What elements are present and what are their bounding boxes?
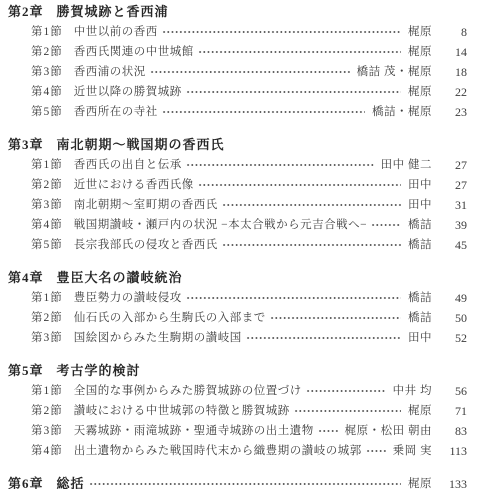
dot-leader bbox=[88, 474, 401, 489]
dot-leader bbox=[269, 308, 401, 328]
author-name: 梶原 bbox=[408, 474, 432, 489]
toc-entry: 第4節 出土遺物からみた戦国時代末から織豊期の讃岐の城郭 乗岡 実 113 bbox=[8, 441, 467, 461]
author-name: 梶原 bbox=[408, 82, 432, 102]
author-name: 田中 bbox=[408, 175, 432, 195]
toc-entry: 第2節 近世における香西氏像 田中 27 bbox=[8, 175, 467, 195]
page-number: 23 bbox=[445, 102, 467, 122]
author-name: 橋詰 bbox=[408, 235, 432, 255]
section-title: 香西所在の寺社 bbox=[74, 102, 158, 122]
page-number: 83 bbox=[445, 421, 467, 441]
section-label: 第2節 bbox=[31, 42, 63, 62]
toc-entry: 第3節 国絵図からみた生駒期の讃岐国 田中 52 bbox=[8, 328, 467, 348]
dot-leader bbox=[197, 42, 401, 62]
page-number: 27 bbox=[445, 175, 467, 195]
section-label: 第3節 bbox=[31, 328, 63, 348]
chapter-title: 考古学的検討 bbox=[57, 361, 141, 381]
chapter-block-6: 第6章 総括 梶原 133 bbox=[8, 474, 467, 489]
page-number: 50 bbox=[445, 308, 467, 328]
page-number: 71 bbox=[445, 401, 467, 421]
chapter-label: 第3章 bbox=[8, 135, 44, 155]
dot-leader bbox=[221, 195, 401, 215]
page-number: 8 bbox=[445, 22, 467, 42]
section-label: 第5節 bbox=[31, 102, 63, 122]
section-label: 第4節 bbox=[31, 215, 63, 235]
chapter-title: 豊臣大名の讃岐統治 bbox=[57, 268, 183, 288]
author-name: 梶原 bbox=[408, 42, 432, 62]
section-title: 讃岐における中世城郭の特徴と勝賀城跡 bbox=[74, 401, 290, 421]
dot-leader bbox=[185, 288, 401, 308]
page-number: 52 bbox=[445, 328, 467, 348]
section-title: 戦国期讃岐・瀬戸内の状況 −本太合戦から元吉合戦へ− bbox=[74, 215, 367, 235]
dot-leader bbox=[305, 381, 386, 401]
section-label: 第1節 bbox=[31, 22, 63, 42]
page-number: 22 bbox=[445, 82, 467, 102]
chapter-heading: 第6章 総括 梶原 133 bbox=[8, 474, 467, 489]
toc-entry: 第3節 天霧城跡・雨滝城跡・聖通寺城跡の出土遺物 梶原・松田 朝由 83 bbox=[8, 421, 467, 441]
author-name: 橋詰 bbox=[408, 215, 432, 235]
section-label: 第5節 bbox=[31, 235, 63, 255]
section-label: 第1節 bbox=[31, 288, 63, 308]
dot-leader bbox=[293, 401, 401, 421]
chapter-heading: 第5章 考古学的検討 bbox=[8, 361, 467, 381]
chapter-title: 勝賀城跡と香西浦 bbox=[57, 2, 169, 22]
dot-leader bbox=[161, 102, 365, 122]
chapter-title: 総括 bbox=[57, 474, 85, 489]
author-name: 田中 bbox=[408, 195, 432, 215]
chapter-block-4: 第4章 豊臣大名の讃岐統治 第1節 豊臣勢力の讃岐侵攻 橋詰 49 第2節 仙石… bbox=[8, 268, 467, 348]
section-title: 香西氏関連の中世城館 bbox=[74, 42, 194, 62]
author-name: 梶原 bbox=[408, 401, 432, 421]
chapter-heading: 第3章 南北朝期〜戦国期の香西氏 bbox=[8, 135, 467, 155]
page-number: 133 bbox=[445, 474, 467, 489]
section-label: 第2節 bbox=[31, 175, 63, 195]
section-title: 天霧城跡・雨滝城跡・聖通寺城跡の出土遺物 bbox=[74, 421, 314, 441]
author-name: 橋詰・梶原 bbox=[372, 102, 432, 122]
section-title: 仙石氏の入部から生駒氏の入部まで bbox=[74, 308, 266, 328]
toc-page: 第2章 勝賀城跡と香西浦 第1節 中世以前の香西 梶原 8 第2節 香西氏関連の… bbox=[0, 0, 480, 489]
toc-entry: 第1節 全国的な事例からみた勝賀城跡の位置づけ 中井 均 56 bbox=[8, 381, 467, 401]
dot-leader bbox=[161, 22, 401, 42]
chapter-heading: 第4章 豊臣大名の讃岐統治 bbox=[8, 268, 467, 288]
page-number: 31 bbox=[445, 195, 467, 215]
section-label: 第3節 bbox=[31, 62, 63, 82]
dot-leader bbox=[365, 441, 386, 461]
section-label: 第3節 bbox=[31, 421, 63, 441]
author-name: 乗岡 実 bbox=[393, 441, 432, 461]
page-number: 39 bbox=[445, 215, 467, 235]
section-title: 香西氏の出自と伝承 bbox=[74, 155, 182, 175]
chapter-label: 第5章 bbox=[8, 361, 44, 381]
toc-entry: 第3節 香西浦の状況 橋詰 茂・梶原 18 bbox=[8, 62, 467, 82]
section-title: 長宗我部氏の侵攻と香西氏 bbox=[74, 235, 218, 255]
toc-entry: 第3節 南北朝期〜室町期の香西氏 田中 31 bbox=[8, 195, 467, 215]
author-name: 田中 bbox=[408, 328, 432, 348]
section-title: 中世以前の香西 bbox=[74, 22, 158, 42]
section-title: 全国的な事例からみた勝賀城跡の位置づけ bbox=[74, 381, 302, 401]
toc-entry: 第5節 長宗我部氏の侵攻と香西氏 橋詰 45 bbox=[8, 235, 467, 255]
chapter-label: 第2章 bbox=[8, 2, 44, 22]
page-number: 113 bbox=[445, 441, 467, 461]
section-title: 豊臣勢力の讃岐侵攻 bbox=[74, 288, 182, 308]
author-name: 田中 健二 bbox=[381, 155, 432, 175]
section-label: 第2節 bbox=[31, 308, 63, 328]
section-title: 南北朝期〜室町期の香西氏 bbox=[74, 195, 218, 215]
dot-leader bbox=[245, 328, 401, 348]
dot-leader bbox=[317, 421, 338, 441]
chapter-block-3: 第3章 南北朝期〜戦国期の香西氏 第1節 香西氏の出自と伝承 田中 健二 27 … bbox=[8, 135, 467, 255]
chapter-label: 第4章 bbox=[8, 268, 44, 288]
dot-leader bbox=[149, 62, 350, 82]
section-label: 第2節 bbox=[31, 401, 63, 421]
dot-leader bbox=[221, 235, 401, 255]
toc-entry: 第5節 香西所在の寺社 橋詰・梶原 23 bbox=[8, 102, 467, 122]
section-title: 近世以降の勝賀城跡 bbox=[74, 82, 182, 102]
page-number: 56 bbox=[445, 381, 467, 401]
page-number: 18 bbox=[445, 62, 467, 82]
chapter-title: 南北朝期〜戦国期の香西氏 bbox=[57, 135, 225, 155]
chapter-block-5: 第5章 考古学的検討 第1節 全国的な事例からみた勝賀城跡の位置づけ 中井 均 … bbox=[8, 361, 467, 461]
toc-entry: 第4節 近世以降の勝賀城跡 梶原 22 bbox=[8, 82, 467, 102]
section-label: 第3節 bbox=[31, 195, 63, 215]
section-title: 近世における香西氏像 bbox=[74, 175, 194, 195]
dot-leader bbox=[370, 215, 401, 235]
dot-leader bbox=[197, 175, 401, 195]
section-label: 第1節 bbox=[31, 381, 63, 401]
section-label: 第4節 bbox=[31, 441, 63, 461]
dot-leader bbox=[185, 155, 374, 175]
page-number: 27 bbox=[445, 155, 467, 175]
section-label: 第1節 bbox=[31, 155, 63, 175]
toc-entry: 第1節 香西氏の出自と伝承 田中 健二 27 bbox=[8, 155, 467, 175]
author-name: 梶原 bbox=[408, 22, 432, 42]
author-name: 橋詰 bbox=[408, 308, 432, 328]
page-number: 49 bbox=[445, 288, 467, 308]
toc-entry: 第1節 中世以前の香西 梶原 8 bbox=[8, 22, 467, 42]
section-title: 香西浦の状況 bbox=[74, 62, 146, 82]
toc-entry: 第2節 仙石氏の入部から生駒氏の入部まで 橋詰 50 bbox=[8, 308, 467, 328]
toc-entry: 第2節 讃岐における中世城郭の特徴と勝賀城跡 梶原 71 bbox=[8, 401, 467, 421]
section-label: 第4節 bbox=[31, 82, 63, 102]
toc-entry: 第1節 豊臣勢力の讃岐侵攻 橋詰 49 bbox=[8, 288, 467, 308]
chapter-heading: 第2章 勝賀城跡と香西浦 bbox=[8, 2, 467, 22]
page-number: 14 bbox=[445, 42, 467, 62]
chapter-block-2: 第2章 勝賀城跡と香西浦 第1節 中世以前の香西 梶原 8 第2節 香西氏関連の… bbox=[8, 2, 467, 122]
dot-leader bbox=[185, 82, 401, 102]
chapter-label: 第6章 bbox=[8, 474, 44, 489]
toc-entry: 第4節 戦国期讃岐・瀬戸内の状況 −本太合戦から元吉合戦へ− 橋詰 39 bbox=[8, 215, 467, 235]
author-name: 中井 均 bbox=[393, 381, 432, 401]
section-title: 出土遺物からみた戦国時代末から織豊期の讃岐の城郭 bbox=[74, 441, 362, 461]
section-title: 国絵図からみた生駒期の讃岐国 bbox=[74, 328, 242, 348]
author-name: 梶原・松田 朝由 bbox=[345, 421, 432, 441]
toc-entry: 第2節 香西氏関連の中世城館 梶原 14 bbox=[8, 42, 467, 62]
page-number: 45 bbox=[445, 235, 467, 255]
author-name: 橋詰 bbox=[408, 288, 432, 308]
author-name: 橋詰 茂・梶原 bbox=[357, 62, 432, 82]
